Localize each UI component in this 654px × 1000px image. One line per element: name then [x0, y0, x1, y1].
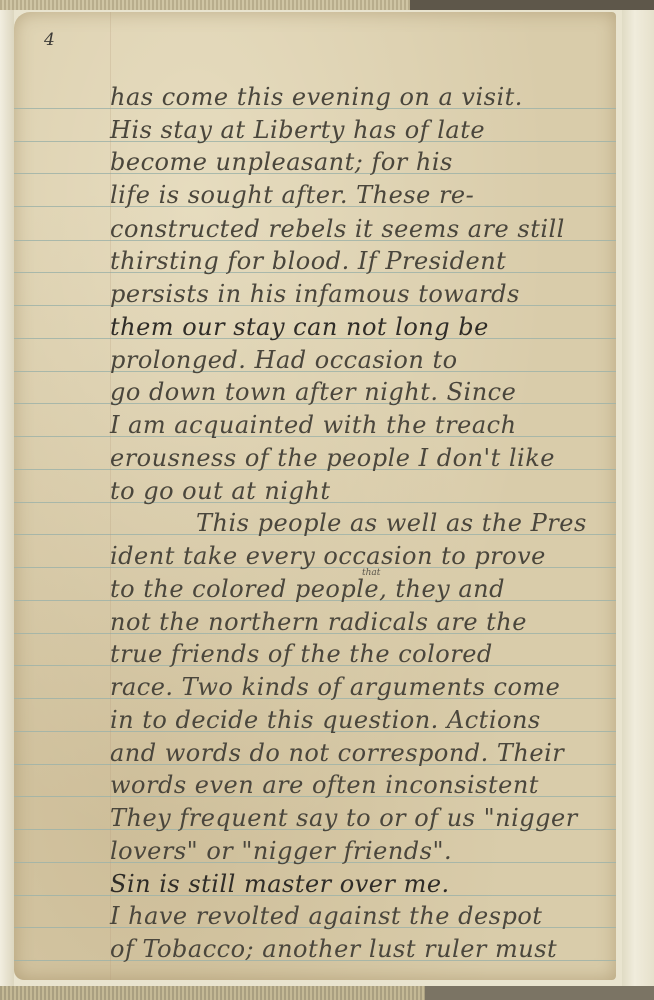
text-line: ident take every occasion to prove: [110, 541, 610, 571]
text-line: I am acquainted with the treach: [110, 410, 610, 440]
text-line: His stay at Liberty has of late: [110, 115, 610, 145]
text-line: They frequent say to or of us "nigger: [110, 803, 610, 833]
text-line: erousness of the people I don't like: [110, 443, 610, 473]
text-line: true friends of the the colored: [110, 639, 610, 669]
text-line: race. Two kinds of arguments come: [110, 672, 610, 702]
text-line: life is sought after. These re-: [110, 180, 610, 210]
text-line: I have revolted against the despot: [110, 901, 610, 931]
scan-bottom-border-dark: [425, 986, 654, 1000]
text-line: not the northern radicals are the: [110, 607, 610, 637]
text-line: them our stay can not long be: [110, 312, 610, 342]
text-line: persists in his infamous towards: [110, 279, 610, 309]
mount-left-edge: [0, 10, 14, 986]
text-line: prolonged. Had occasion to: [110, 345, 610, 375]
text-line: become unpleasant; for his: [110, 147, 610, 177]
text-line: constructed rebels it seems are still: [110, 214, 610, 244]
text-line: lovers" or "nigger friends".: [110, 836, 610, 866]
text-line: and words do not correspond. Their: [110, 738, 610, 768]
mount-right-edge: [622, 10, 654, 986]
diary-page: 4 has come this evening on a visit. His …: [14, 12, 616, 980]
text-line: has come this evening on a visit.: [110, 82, 610, 112]
text-line: go down town after night. Since: [110, 377, 610, 407]
text-line: to the colored people, they and: [110, 574, 610, 604]
text-line: to go out at night: [110, 476, 610, 506]
text-line: of Tobacco; another lust ruler must: [110, 934, 610, 964]
text-line: This people as well as the Pres: [110, 508, 610, 538]
text-line: words even are often inconsistent: [110, 770, 610, 800]
scan-top-border-dark: [410, 0, 654, 10]
text-line: in to decide this question. Actions: [110, 705, 610, 735]
page-number: 4: [44, 30, 55, 50]
text-line: Sin is still master over me.: [110, 869, 610, 899]
text-line: thirsting for blood. If President: [110, 246, 610, 276]
